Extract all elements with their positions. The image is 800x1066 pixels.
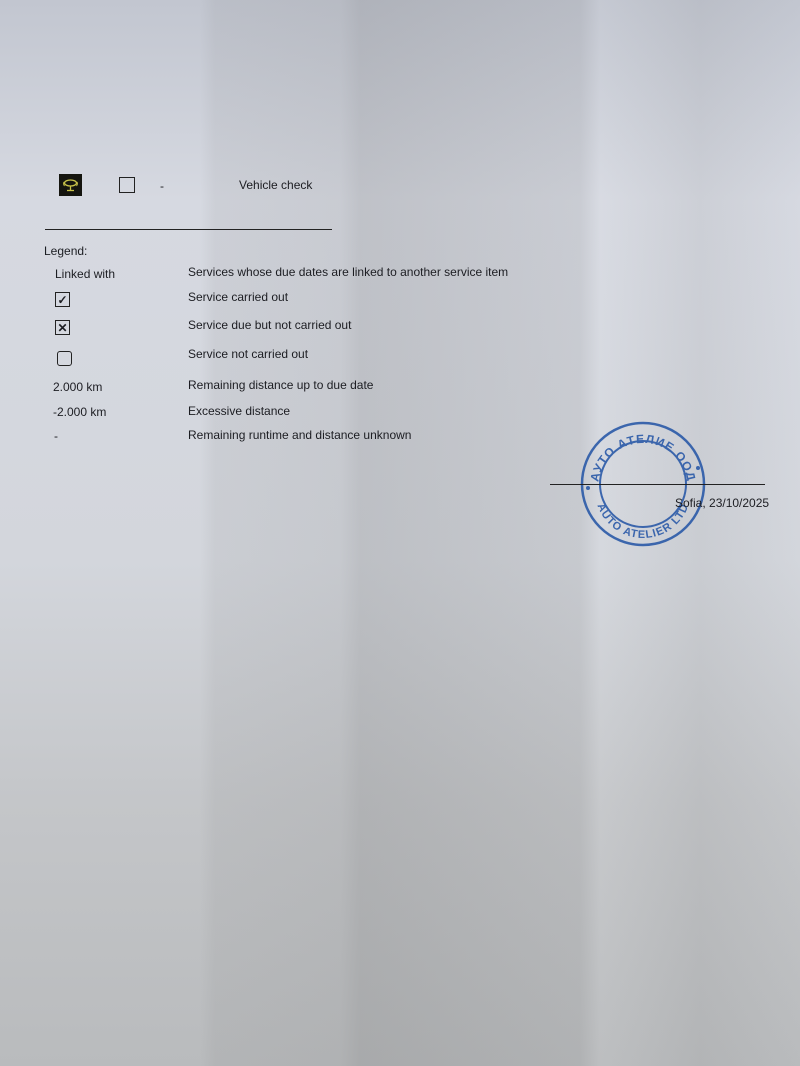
company-stamp: АУТО АТЕЛИЕ ООД AUTO ATELIER LTD	[578, 418, 708, 553]
divider	[45, 229, 332, 230]
empty-checkbox-icon	[119, 177, 135, 193]
legend-description: Remaining runtime and distance unknown	[188, 428, 411, 442]
legend-description: Excessive distance	[188, 404, 290, 418]
legend-description: Service due but not carried out	[188, 318, 351, 332]
empty-box-icon	[57, 351, 72, 366]
legend-description: Service carried out	[188, 290, 288, 304]
signature-line	[550, 484, 765, 485]
legend-title: Legend:	[44, 244, 87, 258]
svg-text:АУТО АТЕЛИЕ ООД: АУТО АТЕЛИЕ ООД	[587, 432, 698, 483]
legend-description: Services whose due dates are linked to a…	[188, 265, 508, 279]
status-dash: -	[160, 179, 164, 193]
legend-key-remaining-distance: 2.000 km	[53, 380, 102, 394]
legend-description: Service not carried out	[188, 347, 308, 361]
legend-key-linked-with: Linked with	[55, 267, 115, 281]
legend-description: Remaining distance up to due date	[188, 378, 373, 392]
place-date: Sofia, 23/10/2025	[675, 496, 769, 510]
legend-key-excessive-distance: -2.000 km	[53, 405, 106, 419]
legend-key-unknown: -	[54, 429, 58, 443]
checked-box-icon: ✓	[55, 292, 70, 307]
crossed-box-icon: ✕	[55, 320, 70, 335]
brake-warning-icon	[59, 174, 82, 196]
section-title: Vehicle check	[239, 178, 312, 192]
